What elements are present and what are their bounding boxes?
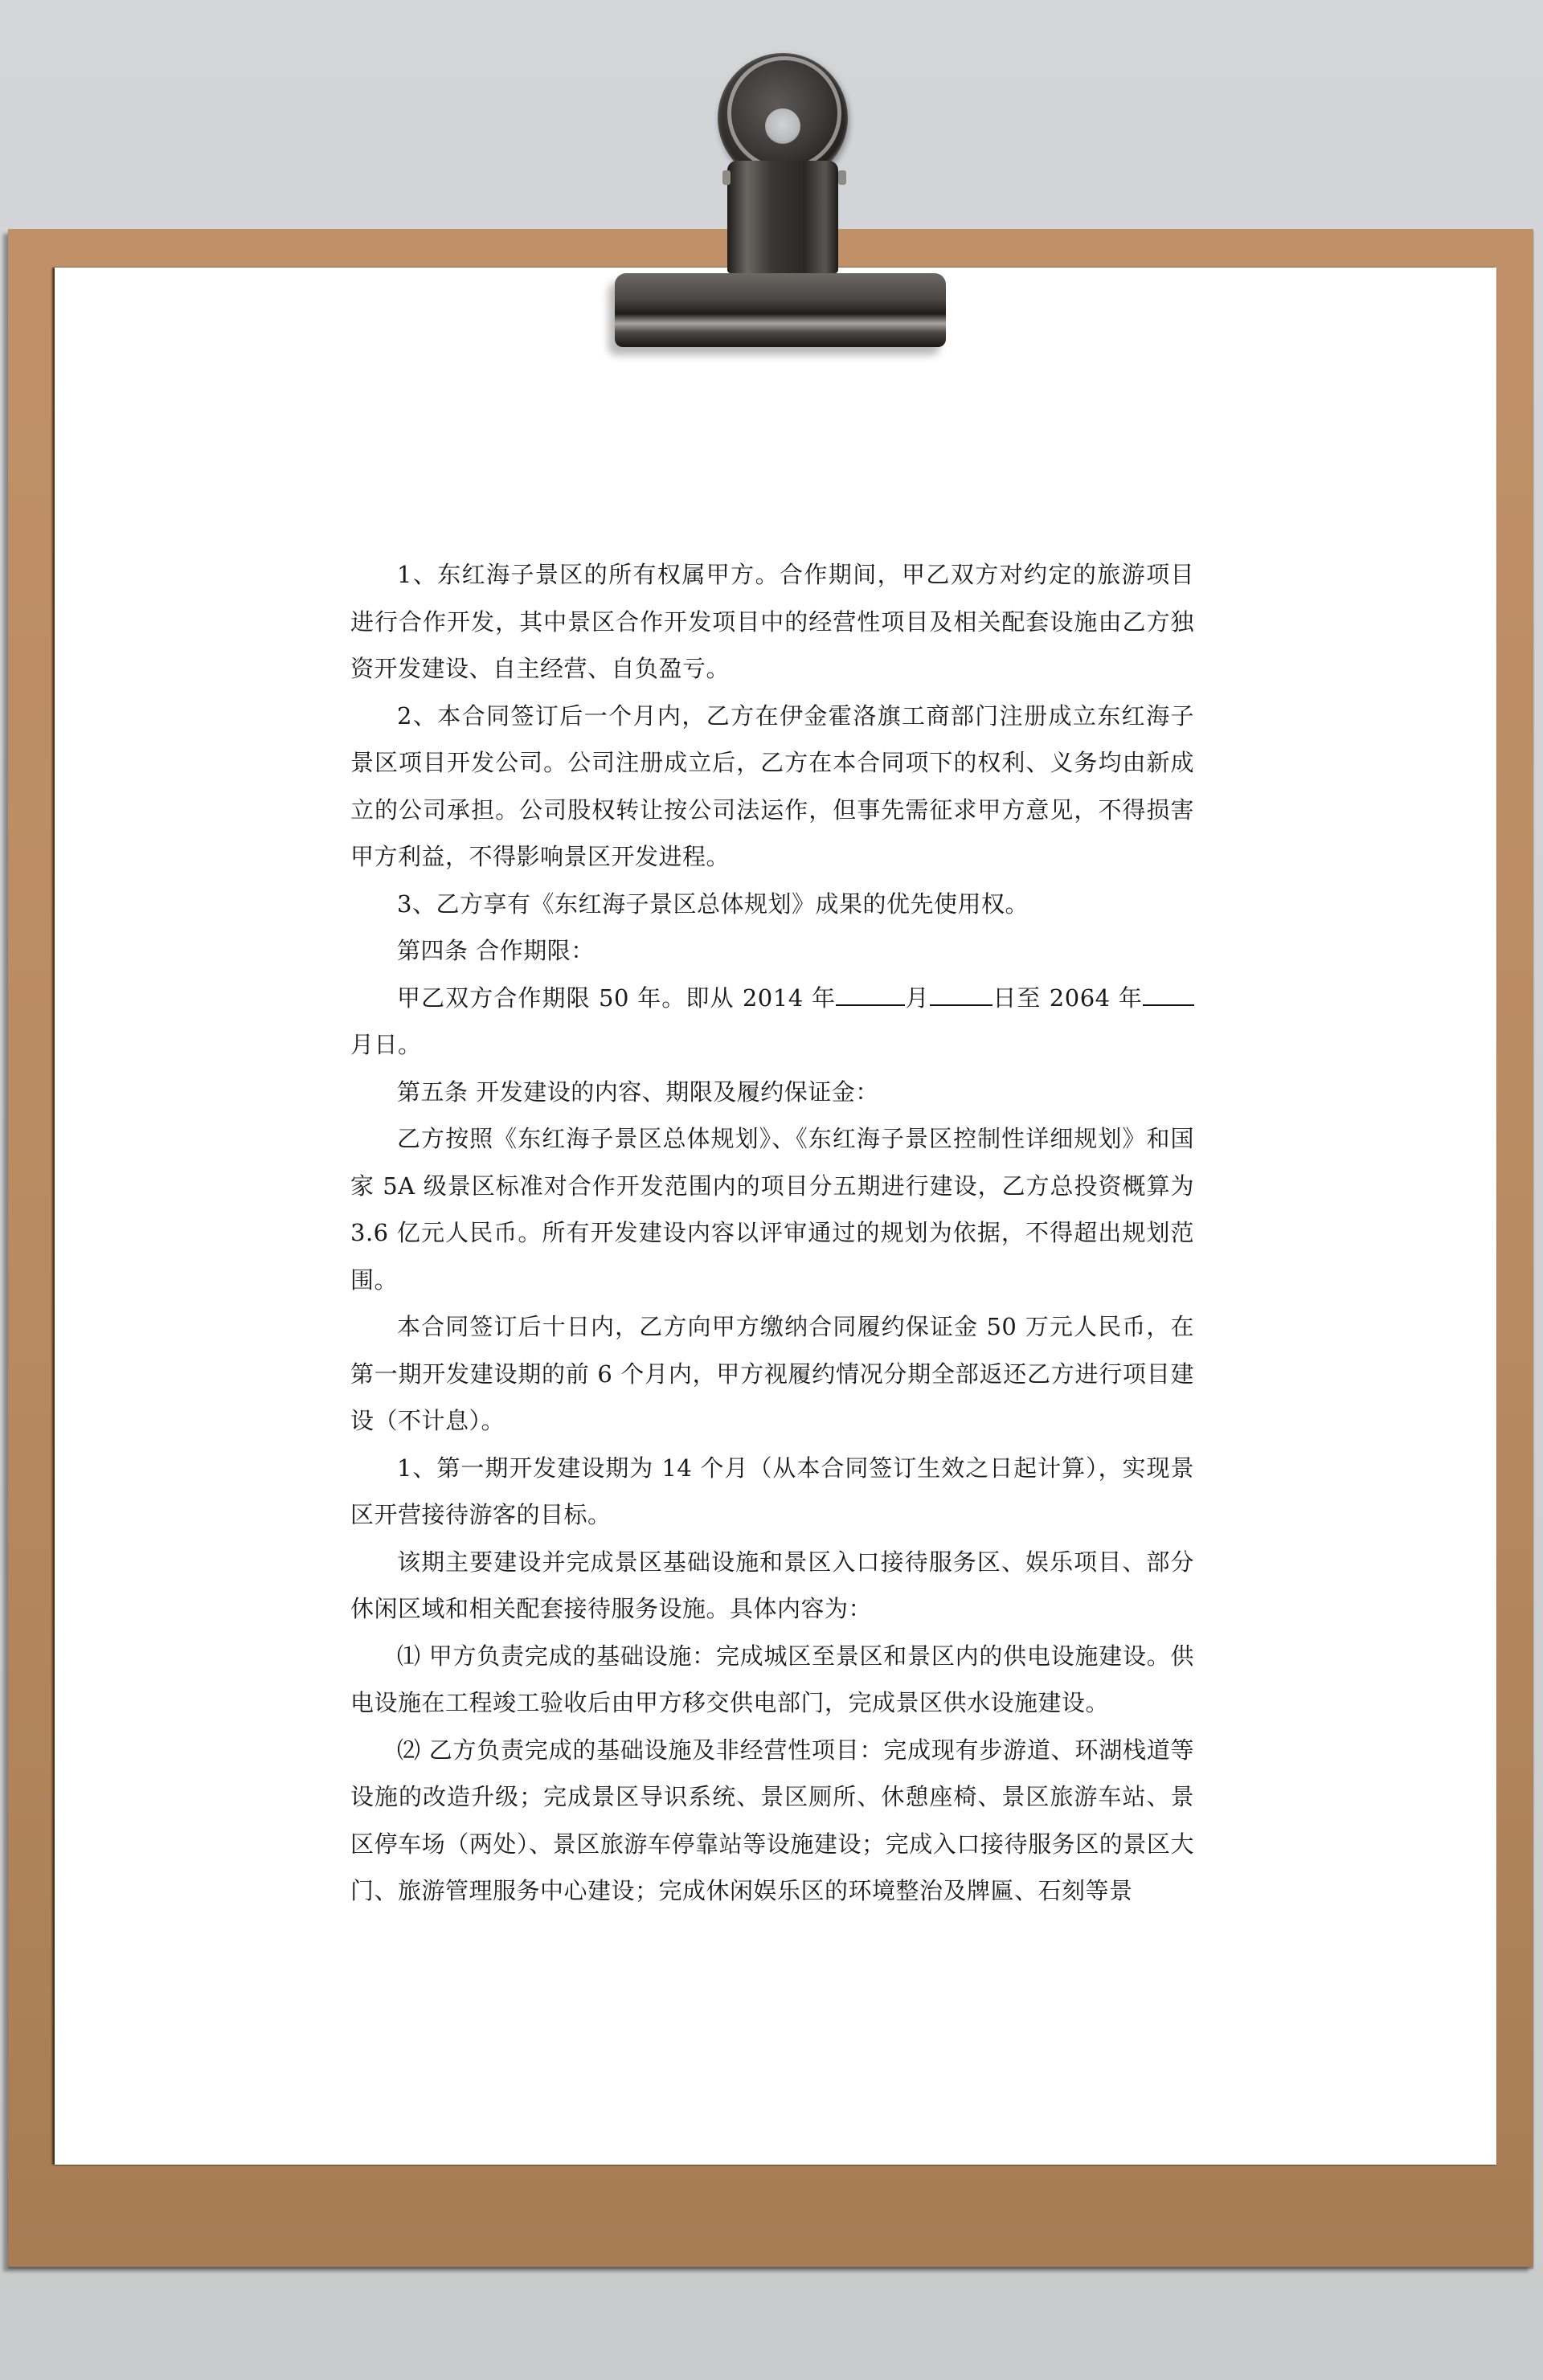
paragraph: 1、第一期开发建设期为 14 个月（从本合同签订生效之日起计算），实现景区开营接… bbox=[350, 1445, 1194, 1539]
term-day1: 日至 2064 年 bbox=[993, 984, 1143, 1012]
list-item: ⑵ 乙方负责完成的基础设施及非经营性项目：完成现有步游道、环湖栈道等设施的改造升… bbox=[350, 1727, 1194, 1915]
list-item: ⑴ 甲方负责完成的基础设施：完成城区至景区和景区内的供电设施建设。供电设施在工程… bbox=[350, 1633, 1194, 1727]
term-month1: 月 bbox=[905, 984, 930, 1012]
term-month2: 月 bbox=[350, 1031, 374, 1058]
paragraph: 3、乙方享有《东红海子景区总体规划》成果的优先使用权。 bbox=[350, 881, 1194, 928]
section-heading: 第四条 合作期限： bbox=[350, 927, 1194, 975]
term-suffix: 日。 bbox=[374, 1031, 422, 1058]
blank-month-start[interactable] bbox=[836, 983, 905, 1006]
term-paragraph: 甲乙双方合作期限 50 年。即从 2014 年月日至 2064 年月日。 bbox=[350, 975, 1194, 1069]
paragraph: 2、本合同签订后一个月内，乙方在伊金霍洛旗工商部门注册成立东红海子景区项目开发公… bbox=[350, 693, 1194, 881]
blank-day-start[interactable] bbox=[930, 983, 993, 1006]
clip-rivet bbox=[838, 170, 846, 185]
clip-rivet bbox=[722, 170, 731, 185]
paragraph: 该期主要建设并完成景区基础设施和景区入口接待服务区、娱乐项目、部分休闲区域和相关… bbox=[350, 1539, 1194, 1633]
document-body: 1、东红海子景区的所有权属甲方。合作期间，甲乙双方对约定的旅游项目进行合作开发，… bbox=[350, 551, 1194, 1915]
clip-ring-rim bbox=[727, 56, 841, 170]
section-heading: 第五条 开发建设的内容、期限及履约保证金： bbox=[350, 1069, 1194, 1116]
term-prefix: 甲乙双方合作期限 50 年。即从 2014 年 bbox=[397, 984, 836, 1012]
paragraph: 本合同签订后十日内，乙方向甲方缴纳合同履约保证金 50 万元人民币，在第一期开发… bbox=[350, 1303, 1194, 1445]
paragraph: 1、东红海子景区的所有权属甲方。合作期间，甲乙双方对约定的旅游项目进行合作开发，… bbox=[350, 551, 1194, 693]
blank-month-end[interactable] bbox=[1143, 983, 1194, 1006]
clip-hole bbox=[765, 108, 800, 144]
clip-ring bbox=[718, 53, 848, 183]
paragraph: 乙方按照《东红海子景区总体规划》、《东红海子景区控制性详细规划》和国家 5A 级… bbox=[350, 1115, 1194, 1303]
